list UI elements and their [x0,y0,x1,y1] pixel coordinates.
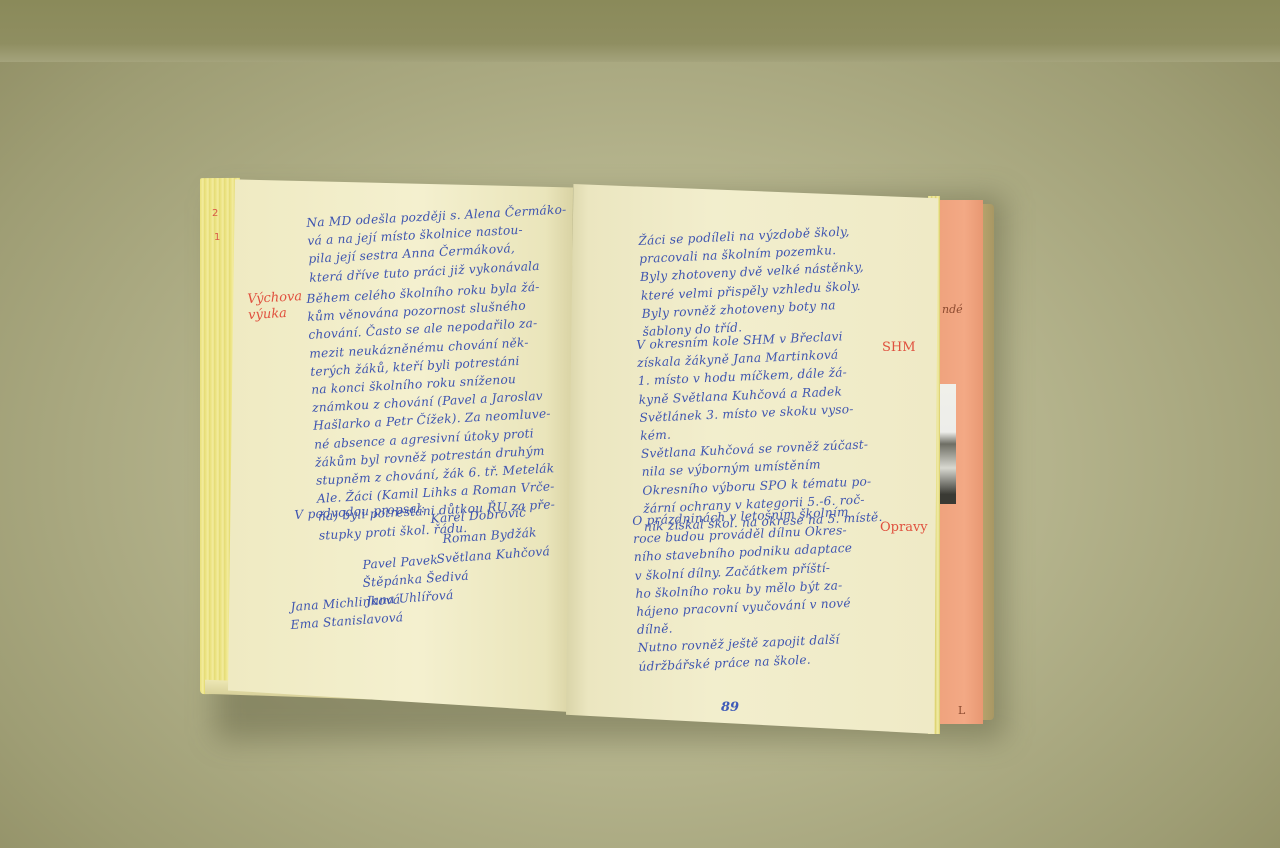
margin-heading-shm: SHM [882,340,916,356]
edge-mark-bottom: 1 [214,232,220,243]
page-number: 89 [721,700,739,715]
margin-heading-repairs: Opravy [880,520,928,536]
margin-heading-line: výuka [248,305,304,324]
cover-text: ndé [942,303,963,316]
margin-heading-line: Výchova [247,289,303,308]
open-book: ndé L 2 1 Na MD odešla později s. Alena … [0,0,1280,848]
margin-heading-education: Výchova výuka [247,289,303,324]
right-paragraph-1: Žáci se podíleli na výzdobě školy, praco… [638,222,867,341]
photo-insert [938,384,956,504]
right-paragraph-3: O prázdninách v letošním školním roce bu… [632,503,857,676]
left-paragraph-1: Na MD odešla později s. Alena Čermáko- v… [306,200,570,286]
cover-mark: L [958,704,965,717]
edge-mark-top: 2 [212,208,218,219]
